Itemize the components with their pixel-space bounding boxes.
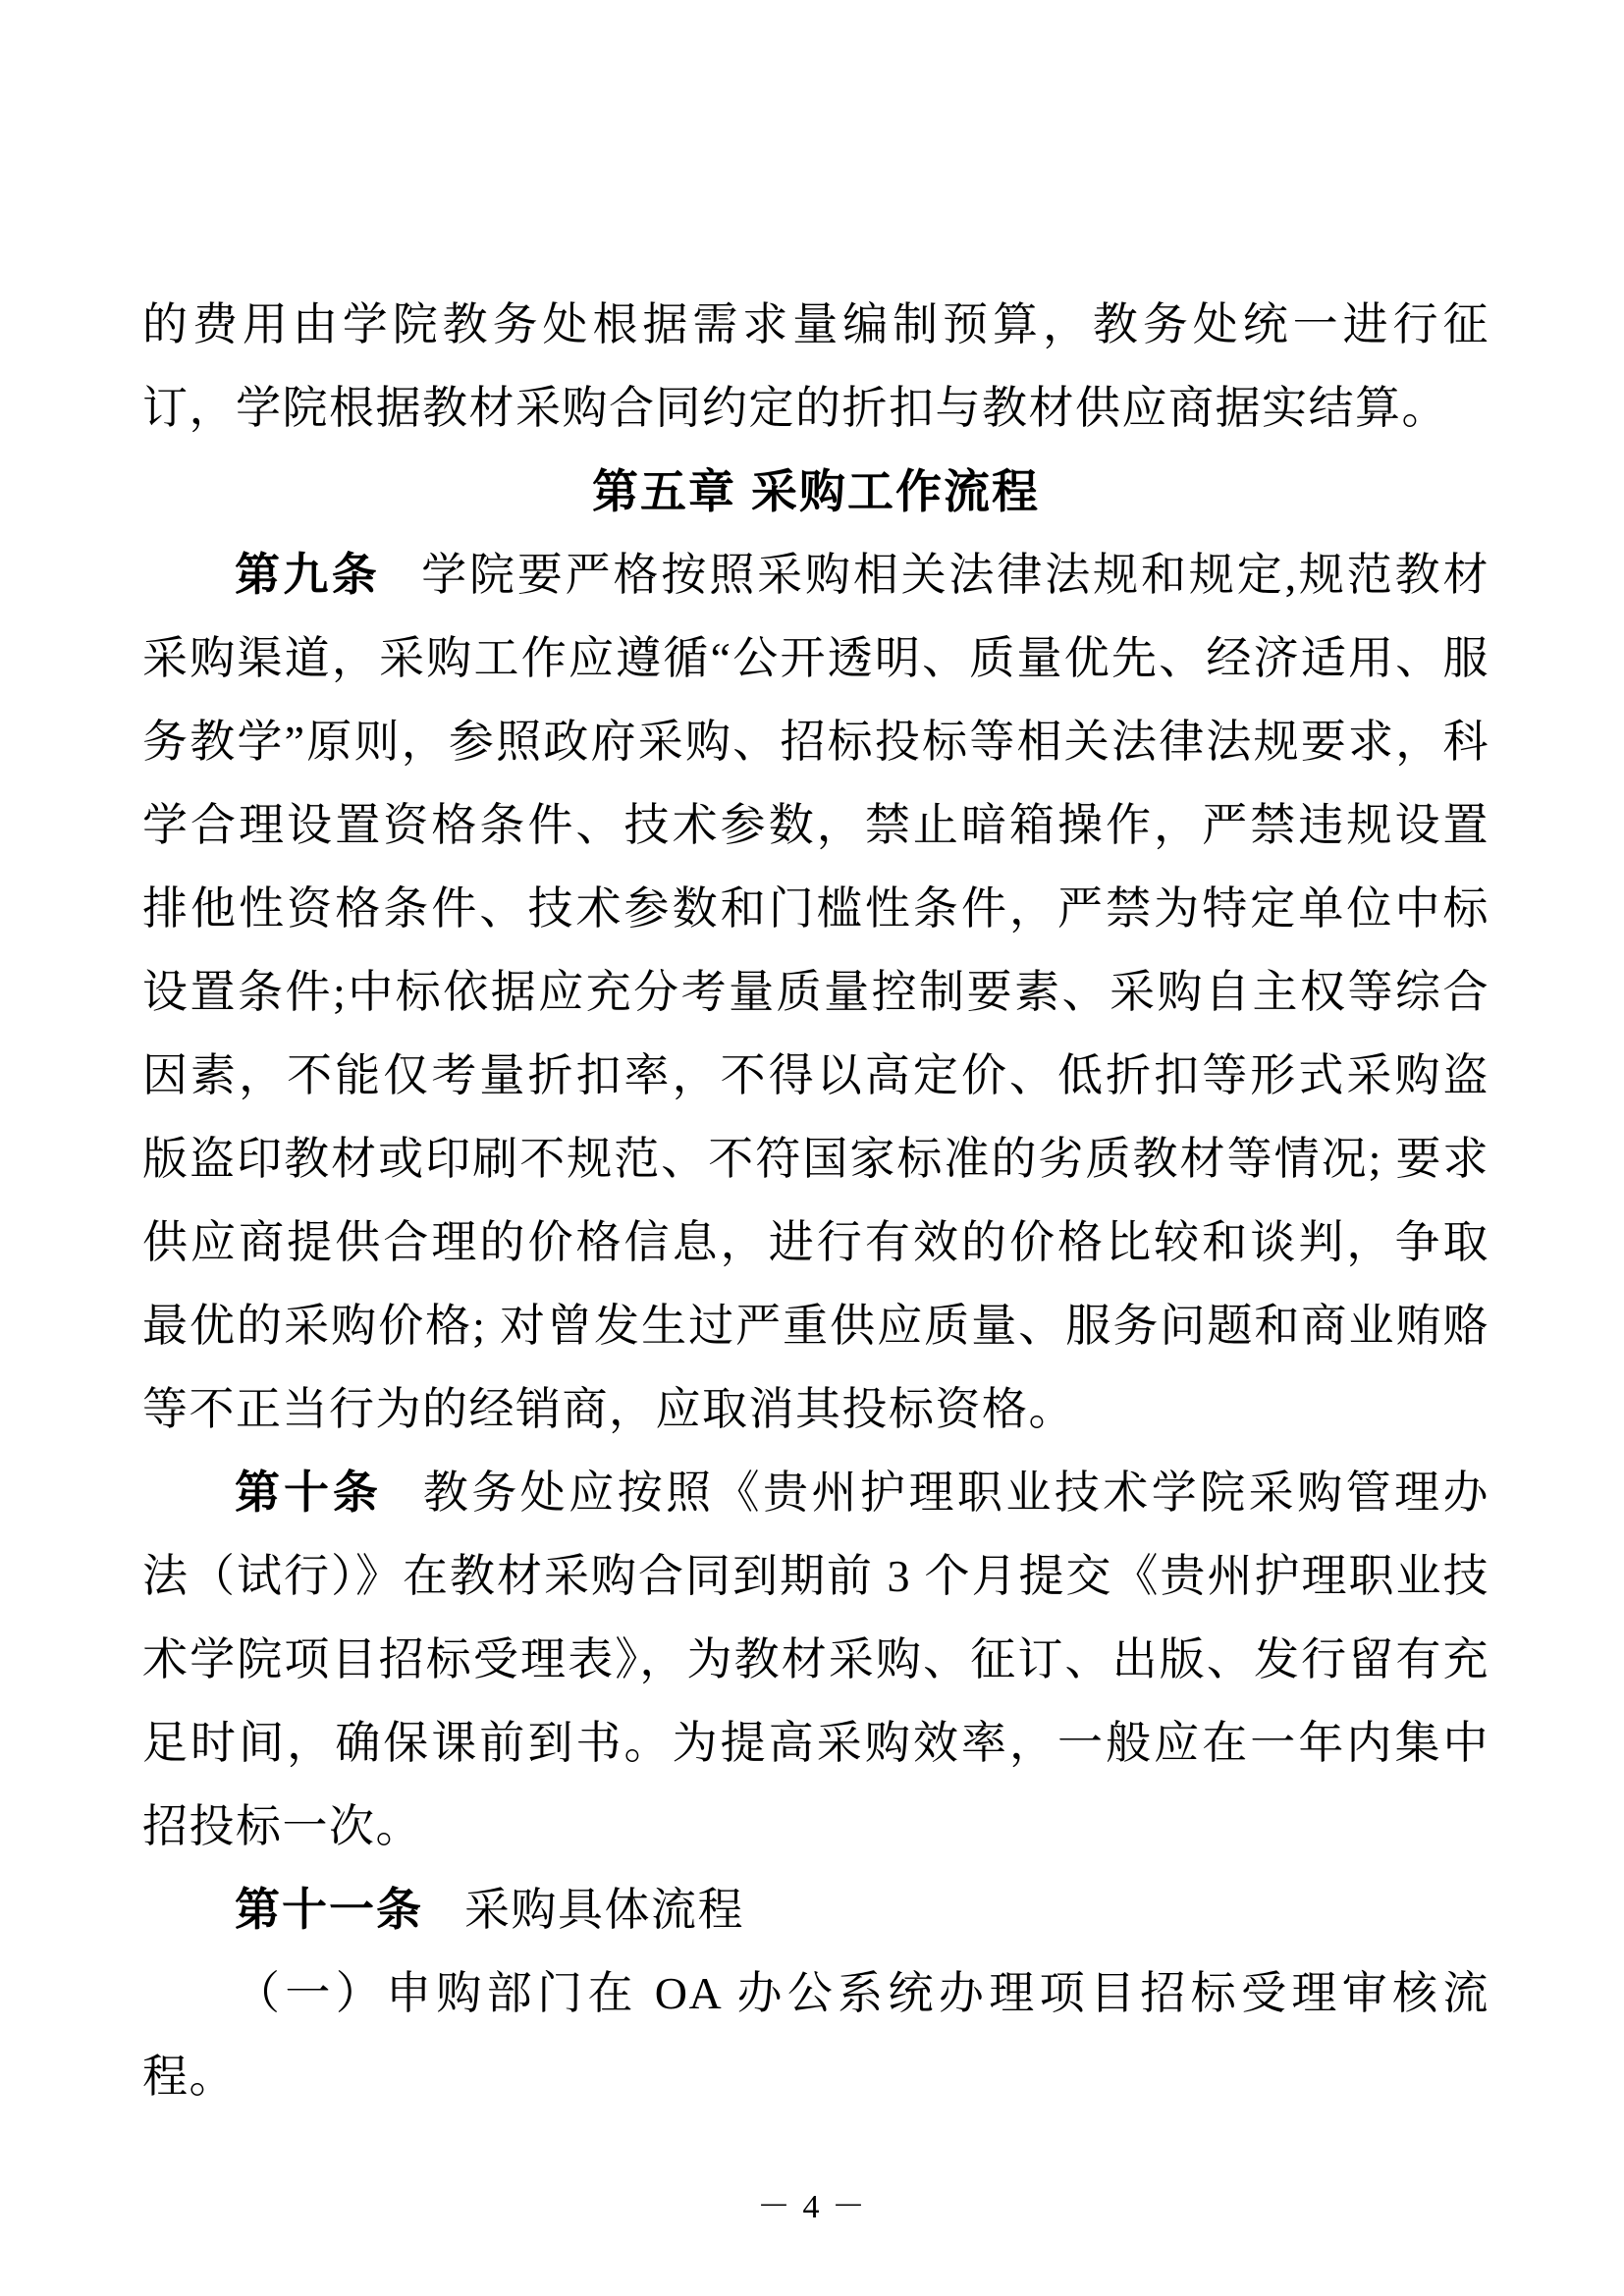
page-number: － 4 － bbox=[0, 2179, 1624, 2227]
article-11-text: 采购具体流程 bbox=[464, 1885, 744, 1935]
article-9-paragraph: 第九条学院要严格按照采购相关法律法规和规定,规范教材采购渠道，采购工作应遵循“公… bbox=[142, 533, 1489, 1451]
article-11-paragraph: 第十一条采购具体流程 bbox=[142, 1868, 1489, 1951]
list-item-1: （一）申购部门在 OA 办公系统办理项目招标受理审核流程。 bbox=[142, 1951, 1489, 2118]
article-10-text: 教务处应按照《贵州护理职业技术学院采购管理办法（试行）》在教材采购合同到期前 3… bbox=[142, 1468, 1489, 1851]
document-content: 的费用由学院教务处根据需求量编制预算，教务处统一进行征订，学院根据教材采购合同约… bbox=[142, 283, 1489, 2118]
article-10-label: 第十条 bbox=[235, 1467, 382, 1518]
article-10-paragraph: 第十条教务处应按照《贵州护理职业技术学院采购管理办法（试行）》在教材采购合同到期… bbox=[142, 1451, 1489, 1868]
paragraph-continuation: 的费用由学院教务处根据需求量编制预算，教务处统一进行征订，学院根据教材采购合同约… bbox=[142, 283, 1489, 450]
document-page: 的费用由学院教务处根据需求量编制预算，教务处统一进行征订，学院根据教材采购合同约… bbox=[0, 0, 1624, 2296]
article-9-label: 第九条 bbox=[235, 549, 380, 600]
chapter-heading: 第五章 采购工作流程 bbox=[142, 450, 1489, 533]
article-11-label: 第十一条 bbox=[235, 1884, 423, 1935]
article-9-text: 学院要严格按照采购相关法律法规和规定,规范教材采购渠道，采购工作应遵循“公开透明… bbox=[142, 550, 1489, 1434]
